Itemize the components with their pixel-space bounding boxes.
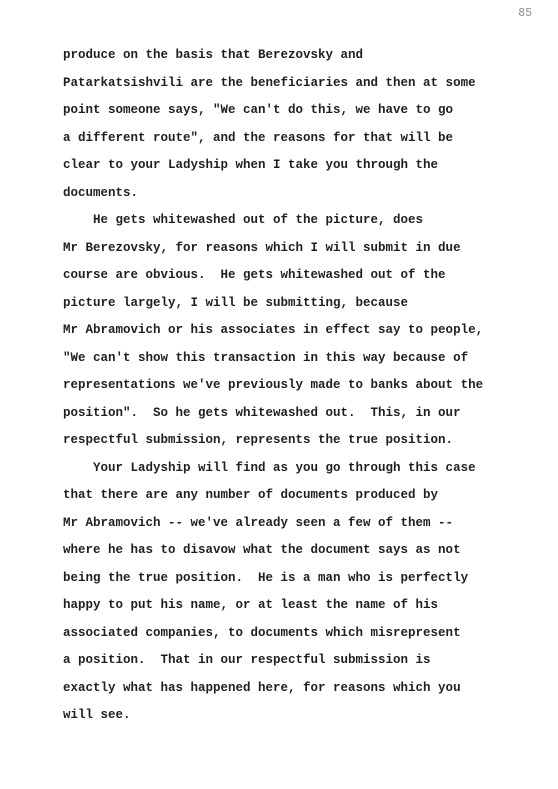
transcript-line: exactly what has happened here, for reas… xyxy=(63,675,483,703)
transcript-line: point someone says, "We can't do this, w… xyxy=(63,97,483,125)
transcript-line: He gets whitewashed out of the picture, … xyxy=(63,207,483,235)
transcript-line: position". So he gets whitewashed out. T… xyxy=(63,400,483,428)
transcript-line: representations we've previously made to… xyxy=(63,372,483,400)
transcript-line: respectful submission, represents the tr… xyxy=(63,427,483,455)
transcript-line: happy to put his name, or at least the n… xyxy=(63,592,483,620)
document-page: 85 produce on the basis that Berezovsky … xyxy=(0,0,558,789)
transcript-line: Mr Berezovsky, for reasons which I will … xyxy=(63,235,483,263)
transcript-body: produce on the basis that Berezovsky and… xyxy=(63,42,483,730)
transcript-line: will see. xyxy=(63,702,483,730)
transcript-line: Your Ladyship will find as you go throug… xyxy=(63,455,483,483)
page-number: 85 xyxy=(518,7,532,20)
transcript-line: associated companies, to documents which… xyxy=(63,620,483,648)
transcript-line: Mr Abramovich -- we've already seen a fe… xyxy=(63,510,483,538)
transcript-line: where he has to disavow what the documen… xyxy=(63,537,483,565)
transcript-line: produce on the basis that Berezovsky and xyxy=(63,42,483,70)
transcript-line: Patarkatsishvili are the beneficiaries a… xyxy=(63,70,483,98)
transcript-line: being the true position. He is a man who… xyxy=(63,565,483,593)
transcript-line: course are obvious. He gets whitewashed … xyxy=(63,262,483,290)
transcript-line: clear to your Ladyship when I take you t… xyxy=(63,152,483,180)
transcript-line: Mr Abramovich or his associates in effec… xyxy=(63,317,483,345)
transcript-line: a position. That in our respectful submi… xyxy=(63,647,483,675)
transcript-line: "We can't show this transaction in this … xyxy=(63,345,483,373)
transcript-line: a different route", and the reasons for … xyxy=(63,125,483,153)
transcript-line: documents. xyxy=(63,180,483,208)
transcript-line: picture largely, I will be submitting, b… xyxy=(63,290,483,318)
transcript-line: that there are any number of documents p… xyxy=(63,482,483,510)
